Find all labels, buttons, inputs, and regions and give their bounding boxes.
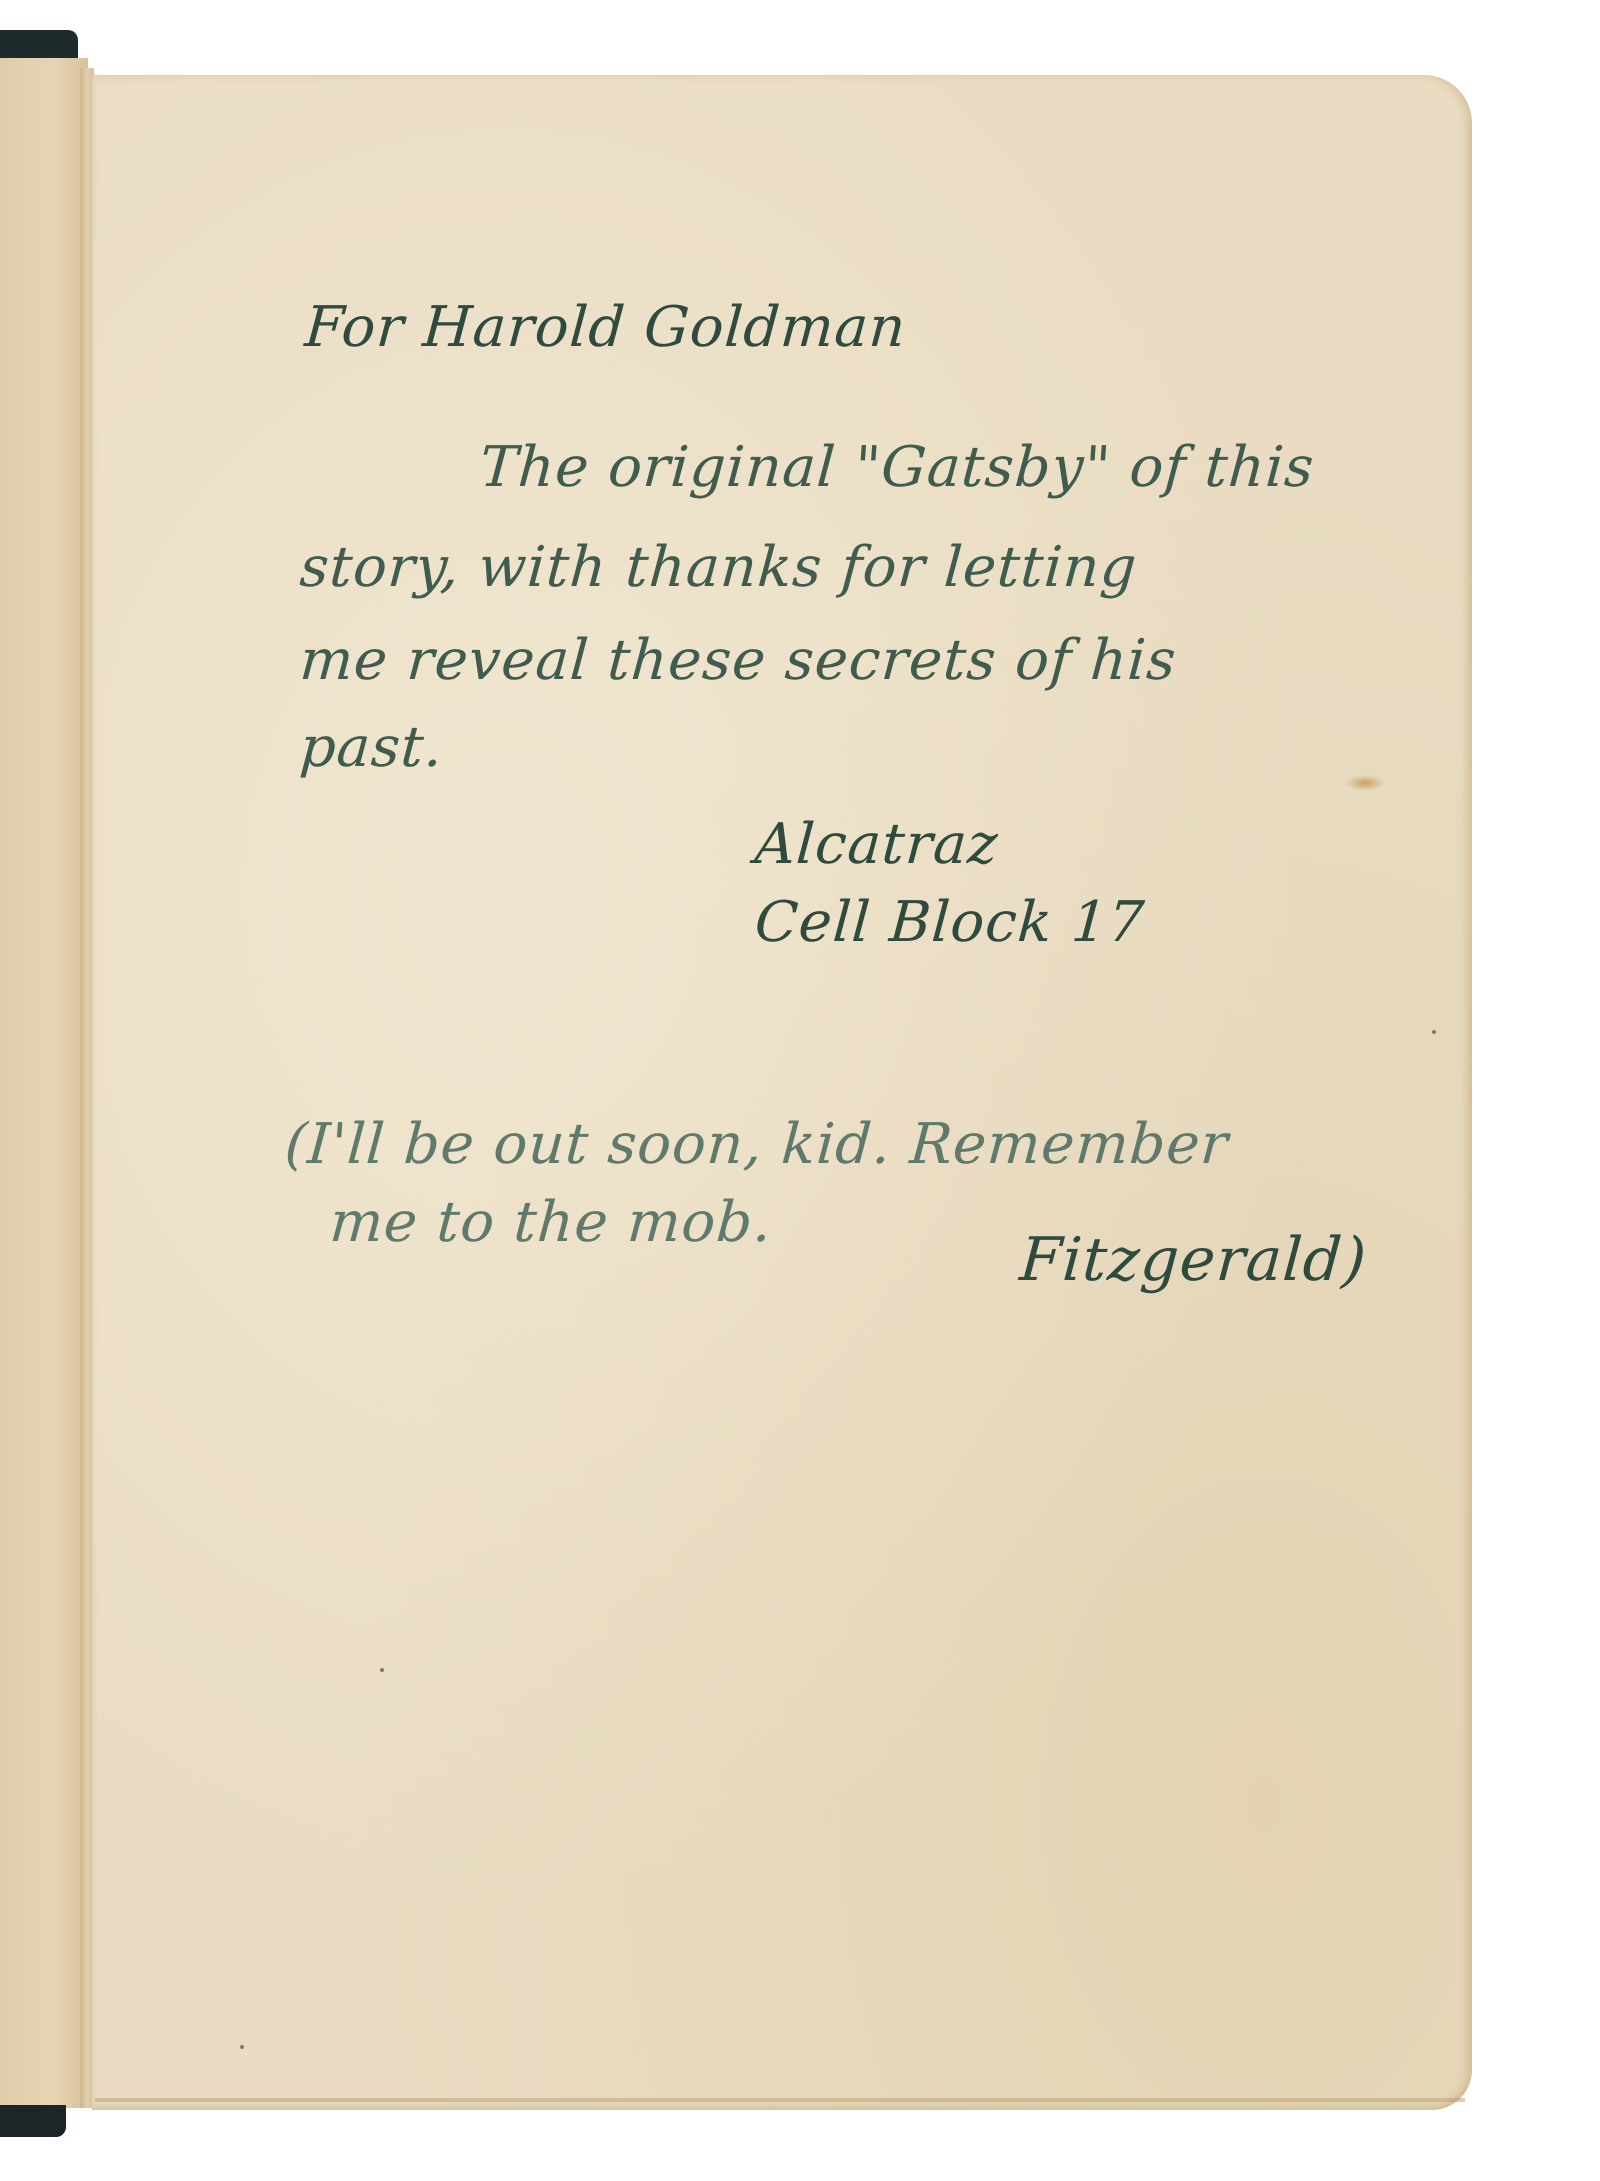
body-line-4: past. [298,715,446,780]
dedication-line: For Harold Goldman [303,295,909,360]
postscript-line-1: (I'll be out soon, kid. Remember [283,1112,1231,1177]
endpaper [0,58,88,2108]
body-line-1: The original "Gatsby" of this [478,435,1317,500]
paper-speck [240,2045,244,2049]
paper-speck [380,1668,384,1672]
body-line-3: me reveal these secrets of his [298,628,1179,693]
flyleaf-page [92,75,1472,2110]
paper-speck [1432,1030,1436,1034]
location-line-1: Alcatraz [753,812,1001,877]
page-bottom-edge [95,2098,1465,2102]
location-line-2: Cell Block 17 [753,890,1147,955]
foxing-stain [1345,775,1385,791]
body-line-2: story, with thanks for letting [298,535,1140,600]
book-cover-bottom-edge [0,2105,66,2137]
signature: Fitzgerald) [1018,1225,1370,1295]
book-photo: For Harold Goldman The original "Gatsby"… [0,0,1600,2181]
postscript-line-2: me to the mob. [328,1190,775,1255]
